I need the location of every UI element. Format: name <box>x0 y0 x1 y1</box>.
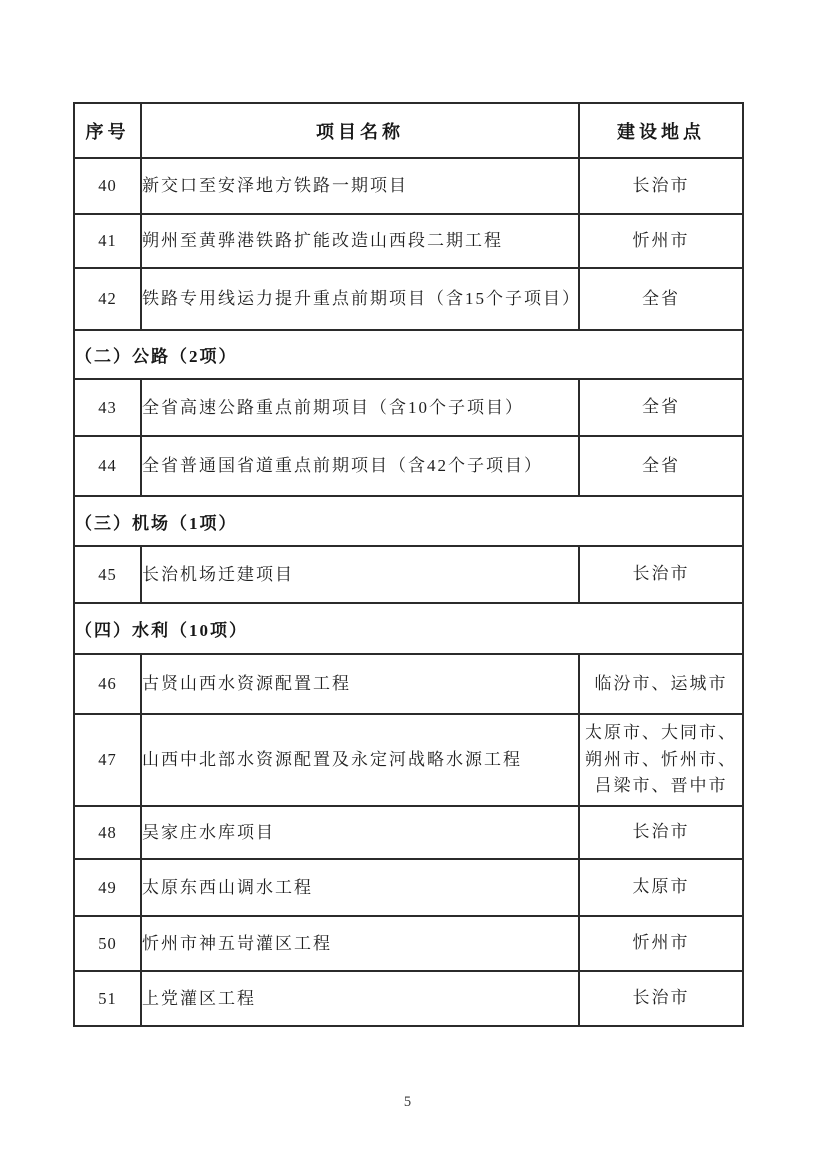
cell-serial-number: 46 <box>74 654 141 714</box>
table-header-row: 序号 项目名称 建设地点 <box>74 103 743 158</box>
table-row: 44全省普通国省道重点前期项目（含42个子项目）全省 <box>74 436 743 496</box>
cell-serial-number: 51 <box>74 971 141 1026</box>
cell-serial-number: 45 <box>74 546 141 603</box>
section-row: （二）公路（2项） <box>74 330 743 379</box>
table-row: 49太原东西山调水工程太原市 <box>74 859 743 916</box>
cell-project-name: 铁路专用线运力提升重点前期项目（含15个子项目） <box>141 268 579 330</box>
cell-project-name: 太原东西山调水工程 <box>141 859 579 916</box>
cell-project-name: 长治机场迁建项目 <box>141 546 579 603</box>
cell-location: 忻州市 <box>579 214 743 268</box>
table-row: 40新交口至安泽地方铁路一期项目长治市 <box>74 158 743 214</box>
cell-location: 忻州市 <box>579 916 743 971</box>
cell-project-name: 山西中北部水资源配置及永定河战略水源工程 <box>141 714 579 806</box>
cell-location: 长治市 <box>579 158 743 214</box>
section-label: （三）机场（1项） <box>74 496 743 546</box>
section-row: （四）水利（10项） <box>74 603 743 654</box>
table-row: 41朔州至黄骅港铁路扩能改造山西段二期工程忻州市 <box>74 214 743 268</box>
document-page: 序号 项目名称 建设地点 40新交口至安泽地方铁路一期项目长治市41朔州至黄骅港… <box>0 0 827 1169</box>
cell-project-name: 朔州至黄骅港铁路扩能改造山西段二期工程 <box>141 214 579 268</box>
table-row: 46古贤山西水资源配置工程临汾市、运城市 <box>74 654 743 714</box>
cell-location: 全省 <box>579 379 743 436</box>
section-label: （二）公路（2项） <box>74 330 743 379</box>
cell-project-name: 上党灌区工程 <box>141 971 579 1026</box>
cell-location: 长治市 <box>579 971 743 1026</box>
projects-table: 序号 项目名称 建设地点 40新交口至安泽地方铁路一期项目长治市41朔州至黄骅港… <box>73 102 744 1027</box>
table-row: 50忻州市神五岢灌区工程忻州市 <box>74 916 743 971</box>
cell-location: 全省 <box>579 268 743 330</box>
cell-serial-number: 43 <box>74 379 141 436</box>
cell-serial-number: 40 <box>74 158 141 214</box>
table-row: 48吴家庄水库项目长治市 <box>74 806 743 859</box>
table-body: 40新交口至安泽地方铁路一期项目长治市41朔州至黄骅港铁路扩能改造山西段二期工程… <box>74 158 743 1026</box>
cell-serial-number: 50 <box>74 916 141 971</box>
table-row: 47山西中北部水资源配置及永定河战略水源工程太原市、大同市、朔州市、忻州市、吕梁… <box>74 714 743 806</box>
cell-project-name: 新交口至安泽地方铁路一期项目 <box>141 158 579 214</box>
page-number: 5 <box>73 1094 742 1111</box>
section-label: （四）水利（10项） <box>74 603 743 654</box>
table-row: 51上党灌区工程长治市 <box>74 971 743 1026</box>
header-location: 建设地点 <box>579 103 743 158</box>
cell-location: 长治市 <box>579 546 743 603</box>
table-row: 43全省高速公路重点前期项目（含10个子项目）全省 <box>74 379 743 436</box>
cell-serial-number: 47 <box>74 714 141 806</box>
table-row: 42铁路专用线运力提升重点前期项目（含15个子项目）全省 <box>74 268 743 330</box>
cell-serial-number: 49 <box>74 859 141 916</box>
cell-serial-number: 44 <box>74 436 141 496</box>
cell-location: 临汾市、运城市 <box>579 654 743 714</box>
section-row: （三）机场（1项） <box>74 496 743 546</box>
cell-project-name: 吴家庄水库项目 <box>141 806 579 859</box>
cell-project-name: 忻州市神五岢灌区工程 <box>141 916 579 971</box>
cell-location: 太原市 <box>579 859 743 916</box>
cell-location: 全省 <box>579 436 743 496</box>
cell-project-name: 全省普通国省道重点前期项目（含42个子项目） <box>141 436 579 496</box>
cell-serial-number: 41 <box>74 214 141 268</box>
header-serial-number: 序号 <box>74 103 141 158</box>
cell-project-name: 全省高速公路重点前期项目（含10个子项目） <box>141 379 579 436</box>
cell-location: 太原市、大同市、朔州市、忻州市、吕梁市、晋中市 <box>579 714 743 806</box>
header-project-name: 项目名称 <box>141 103 579 158</box>
table-row: 45长治机场迁建项目长治市 <box>74 546 743 603</box>
cell-location: 长治市 <box>579 806 743 859</box>
cell-serial-number: 42 <box>74 268 141 330</box>
cell-serial-number: 48 <box>74 806 141 859</box>
cell-project-name: 古贤山西水资源配置工程 <box>141 654 579 714</box>
